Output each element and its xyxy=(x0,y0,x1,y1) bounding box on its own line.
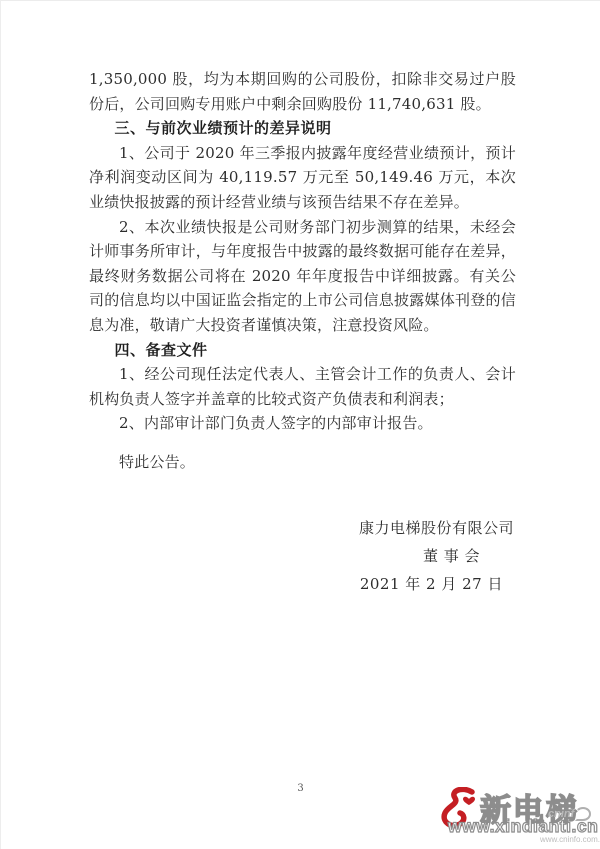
document-page: 1,350,000 股，均为本期回购的公司股份，扣除非交易过户股份后，公司回购专… xyxy=(0,0,600,849)
paragraph: 2、本次业绩快报是公司财务部门初步测算的结果，未经会计师事务所审计，与年度报告中… xyxy=(89,215,516,338)
signature-block: 康力电梯股份有限公司 董 事 会 2021 年 2 月 27 日 xyxy=(89,514,516,598)
paragraph-continuation: 1,350,000 股，均为本期回购的公司股份，扣除非交易过户股份后，公司回购专… xyxy=(89,67,516,116)
paragraph: 2、内部审计部门负责人签字的内部审计报告。 xyxy=(89,411,516,436)
section-heading-difference-explanation: 三、与前次业绩预计的差异说明 xyxy=(89,116,516,141)
xindianti-site-url: www.xindianti.cn xyxy=(448,816,598,837)
site-watermark: 新电梯 cninf www.xindianti.cn www.cninfo.co… xyxy=(436,789,600,847)
signature-company-name: 康力电梯股份有限公司 xyxy=(89,514,516,542)
signature-board-of-directors: 董 事 会 xyxy=(89,542,516,570)
signature-date: 2021 年 2 月 27 日 xyxy=(89,570,516,598)
document-body: 1,350,000 股，均为本期回购的公司股份，扣除非交易过户股份后，公司回购专… xyxy=(89,67,516,598)
cninfo-watermark-url: www.cninfo.com.cn xyxy=(540,835,600,844)
paragraph: 1、公司于 2020 年三季报内披露年度经营业绩预计，预计净利润变动区间为 40… xyxy=(89,141,516,215)
paragraph: 1、经公司现任法定代表人、主管会计工作的负责人、会计机构负责人签字并盖章的比较式… xyxy=(89,362,516,411)
closing-statement: 特此公告。 xyxy=(89,450,516,475)
section-heading-reference-documents: 四、备查文件 xyxy=(89,338,516,363)
